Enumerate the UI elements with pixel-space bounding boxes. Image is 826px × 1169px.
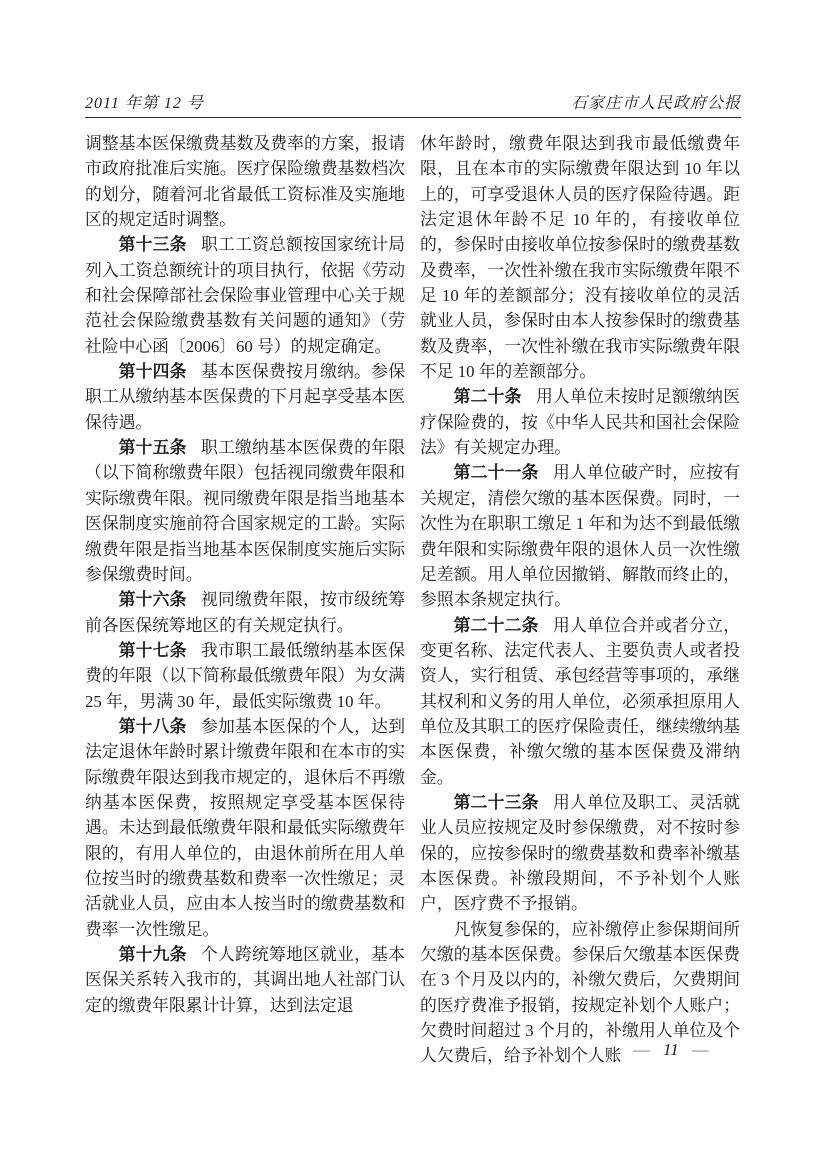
left-column: 调整基本医保缴费基数及费率的方案，报请市政府批准后实施。医疗保险缴费基数档次的划…: [85, 131, 405, 1069]
running-head: 2011 年第 12 号 石家庄市人民政府公报: [85, 90, 741, 113]
article-13: 第十三条职工工资总额按国家统计局列入工资总额统计的项目执行，依据《劳动和社会保障…: [85, 232, 405, 359]
article-17: 第十七条我市职工最低缴纳基本医保费的年限（以下简称最低缴费年限）为女满 25 年…: [85, 638, 405, 714]
article-16: 第十六条视同缴费年限，按市级统筹前各医保统筹地区的有关规定执行。: [85, 587, 405, 638]
article-number: 第二十条: [454, 387, 522, 406]
gazette-page: 2011 年第 12 号 石家庄市人民政府公报 调整基本医保缴费基数及费率的方案…: [0, 0, 826, 1169]
paragraph-text: 职工缴纳基本医保费的年限（以下简称缴费年限）包括视同缴费年限和实际缴费年限。视同…: [85, 438, 405, 584]
article-15: 第十五条职工缴纳基本医保费的年限（以下简称缴费年限）包括视同缴费年限和实际缴费年…: [85, 435, 405, 587]
article-number: 第十九条: [119, 945, 187, 964]
paragraph-text: 用人单位破产时，应按有关规定，清偿欠缴的基本医保费。同时，一次性为在职职工缴足 …: [420, 463, 740, 609]
page-number-dash-left: —: [633, 1040, 650, 1060]
article-number: 第十八条: [119, 717, 187, 736]
article-22: 第二十二条用人单位合并或者分立，变更名称、法定代表人、主要负责人或者投资人，实行…: [420, 613, 740, 790]
article-number: 第十五条: [119, 438, 187, 457]
paragraph-text: 调整基本医保缴费基数及费率的方案，报请市政府批准后实施。医疗保险缴费基数档次的划…: [85, 134, 405, 229]
continued-paragraph: 调整基本医保缴费基数及费率的方案，报请市政府批准后实施。医疗保险缴费基数档次的划…: [85, 131, 405, 232]
article-number: 第十七条: [119, 641, 187, 660]
article-number: 第十三条: [119, 235, 187, 254]
article-21: 第二十一条用人单位破产时，应按有关规定，清偿欠缴的基本医保费。同时，一次性为在职…: [420, 460, 740, 612]
page-number: — 11 —: [633, 1040, 709, 1060]
article-20: 第二十条用人单位未按时足额缴纳医疗保险费的，按《中华人民共和国社会保险法》有关规…: [420, 384, 740, 460]
article-18: 第十八条参加基本医保的个人，达到法定退休年龄时累计缴费年限和在本市的实际缴费年限…: [85, 714, 405, 942]
article-number: 第二十三条: [454, 793, 539, 812]
paragraph-text: 用人单位合并或者分立，变更名称、法定代表人、主要负责人或者投资人，实行租赁、承包…: [420, 616, 740, 787]
page-number-value: 11: [663, 1040, 679, 1060]
issue-number: 2011 年第 12 号: [85, 90, 204, 113]
paragraph-text: 参加基本医保的个人，达到法定退休年龄时累计缴费年限和在本市的实际缴费年限达到我市…: [85, 717, 405, 939]
article-number: 第十四条: [119, 362, 187, 381]
right-column: 休年龄时，缴费年限达到我市最低缴费年限，且在本市的实际缴费年限达到 10 年以上…: [420, 131, 740, 1069]
article-19: 第十九条个人跨统筹地区就业，基本医保关系转入我市的，其调出地人社部门认定的缴费年…: [85, 942, 405, 1018]
article-number: 第二十一条: [454, 463, 539, 482]
article-23: 第二十三条用人单位及职工、灵活就业人员应按规定及时参保缴费，对不按时参保的，应按…: [420, 790, 740, 917]
article-14: 第十四条基本医保费按月缴纳。参保职工从缴纳基本医保费的下月起享受基本医保待遇。: [85, 359, 405, 435]
article-number: 第十六条: [119, 590, 187, 609]
paragraph-text: 休年龄时，缴费年限达到我市最低缴费年限，且在本市的实际缴费年限达到 10 年以上…: [420, 134, 740, 381]
gazette-title: 石家庄市人民政府公报: [571, 90, 741, 113]
continued-paragraph: 休年龄时，缴费年限达到我市最低缴费年限，且在本市的实际缴费年限达到 10 年以上…: [420, 131, 740, 384]
page-number-dash-right: —: [692, 1040, 709, 1060]
article-number: 第二十二条: [454, 616, 539, 635]
body-columns: 调整基本医保缴费基数及费率的方案，报请市政府批准后实施。医疗保险缴费基数档次的划…: [85, 131, 741, 1069]
header-rule: [85, 117, 741, 118]
